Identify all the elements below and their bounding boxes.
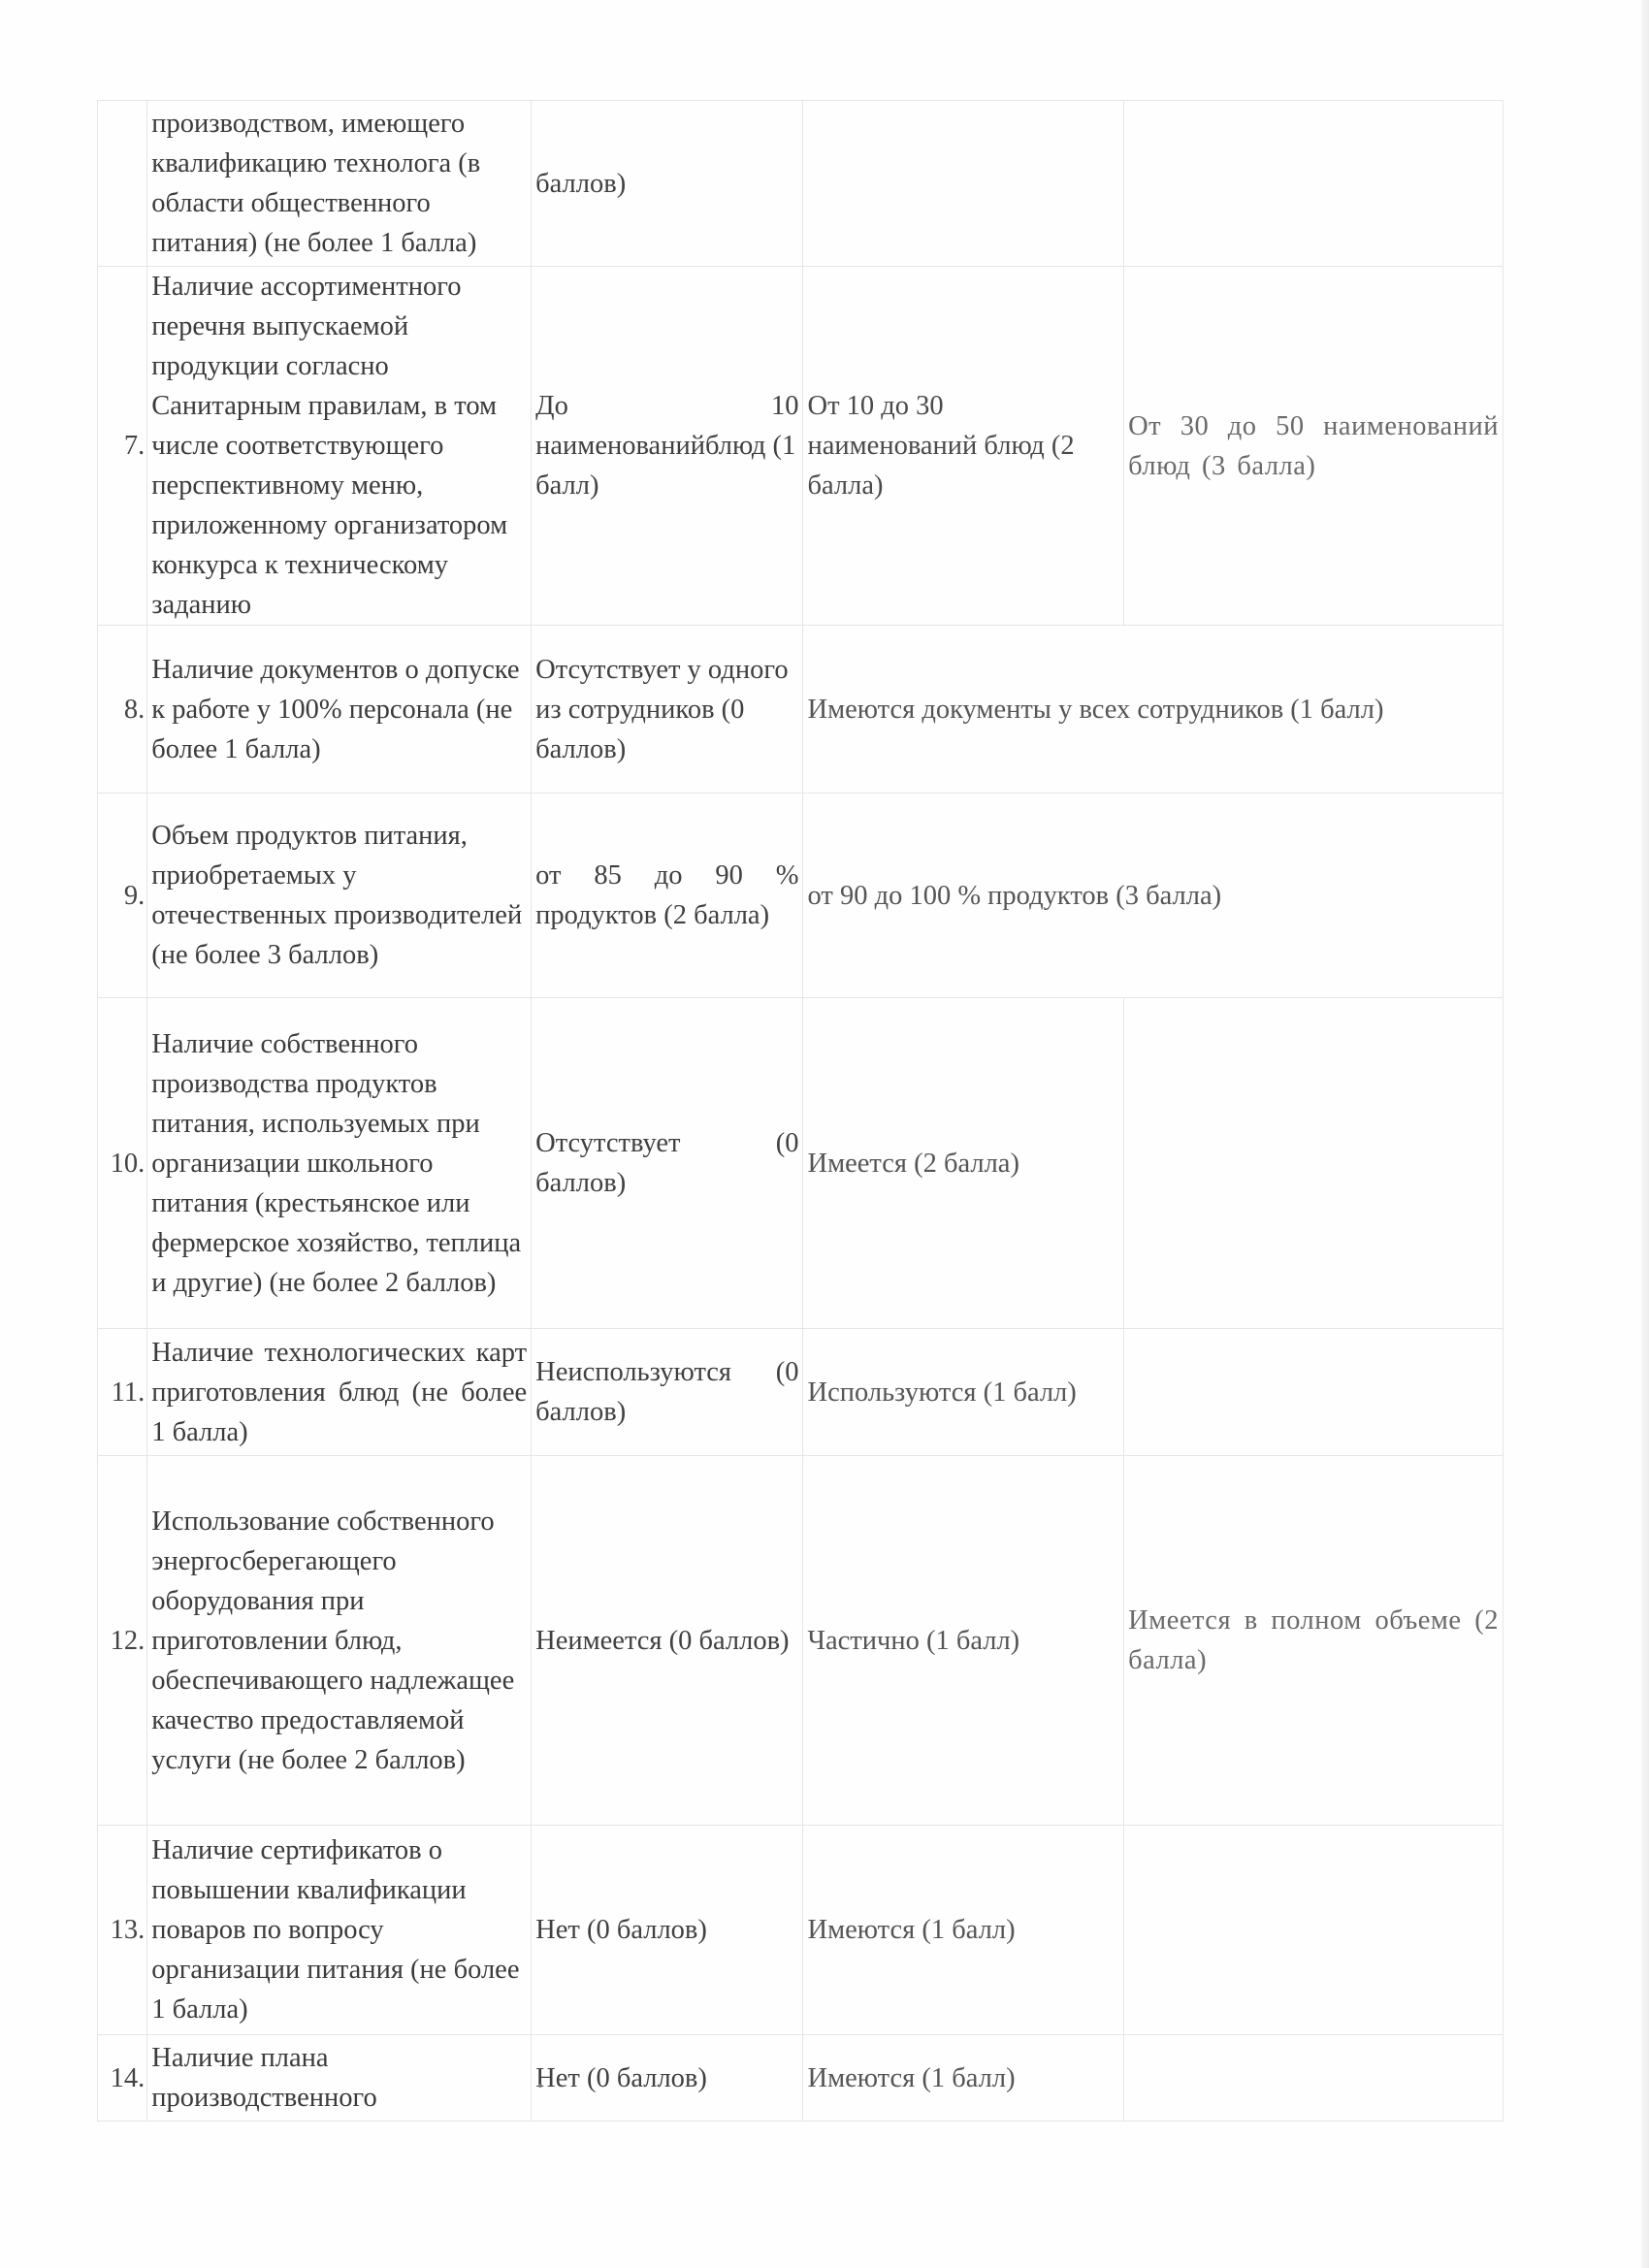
row-number: 9. bbox=[98, 794, 147, 998]
option-1-text-left: Неиспользуются bbox=[535, 1352, 731, 1392]
option-1-cell: Нет (0 баллов) bbox=[532, 2035, 803, 2122]
option-1-cell: Нет (0 баллов) bbox=[532, 1826, 803, 2035]
option-2-cell: От 10 до 30 наименований блюд (2 балла) bbox=[803, 267, 1124, 626]
option-1-cell: от 85 до 90 % продуктов (2 балла) bbox=[532, 794, 803, 998]
row-number: 12. bbox=[98, 1456, 147, 1826]
option-1-cell: До 10 наименованийблюд (1 балл) bbox=[532, 267, 803, 626]
option-3-cell: От 30 до 50 наименований блюд (3 балла) bbox=[1124, 267, 1503, 626]
option-2-cell: Имеются (1 балл) bbox=[803, 2035, 1124, 2122]
criterion-cell: Использование собственного энергосберега… bbox=[147, 1456, 532, 1826]
table-row: 9. Объем продуктов питания, приобретаемы… bbox=[98, 794, 1503, 998]
scanned-page: производством, имеющего квалификацию тех… bbox=[0, 0, 1649, 2268]
option-3-cell bbox=[1124, 101, 1503, 267]
option-2-cell: Имеется (2 балла) bbox=[803, 998, 1124, 1329]
option-1-text-rest: баллов) bbox=[535, 1392, 798, 1432]
option-1-cell: Неимеется (0 баллов) bbox=[532, 1456, 803, 1826]
scan-artifact-dot bbox=[538, 2084, 542, 2088]
table-row: 11. Наличие технологических карт пригото… bbox=[98, 1329, 1503, 1456]
row-number: 13. bbox=[98, 1826, 147, 2035]
table-row: 14. Наличие плана производственного Нет … bbox=[98, 2035, 1503, 2122]
row-number: 11. bbox=[98, 1329, 147, 1456]
option-1-text-right: 10 bbox=[771, 386, 799, 426]
table-row: 12. Использование собственного энергосбе… bbox=[98, 1456, 1503, 1826]
criterion-cell: производством, имеющего квалификацию тех… bbox=[147, 101, 532, 267]
option-3-text: От 30 до 50 наименований блюд (3 балла) bbox=[1128, 406, 1499, 486]
criterion-cell: Наличие документов о допуске к работе у … bbox=[147, 626, 532, 794]
row-number bbox=[98, 101, 147, 267]
criterion-cell: Наличие технологических карт приготовлен… bbox=[147, 1329, 532, 1456]
row-number: 8. bbox=[98, 626, 147, 794]
row-number: 10. bbox=[98, 998, 147, 1329]
option-3-cell bbox=[1124, 2035, 1503, 2122]
option-3-cell bbox=[1124, 998, 1503, 1329]
table-row: производством, имеющего квалификацию тех… bbox=[98, 101, 1503, 267]
criterion-cell: Наличие плана производственного bbox=[147, 2035, 532, 2122]
option-1-cell: Отсутствует у одного из сотрудников (0 б… bbox=[532, 626, 803, 794]
row-number: 14. bbox=[98, 2035, 147, 2122]
option-1-text-right: (0 bbox=[776, 1123, 799, 1163]
option-3-cell bbox=[1124, 1826, 1503, 2035]
option-1-first-line: Неиспользуются (0 bbox=[535, 1352, 798, 1392]
option-1-text-left: Отсутствует bbox=[535, 1123, 680, 1163]
page-edge-shadow bbox=[1641, 0, 1649, 2268]
row-number: 7. bbox=[98, 267, 147, 626]
criterion-cell: Объем продуктов питания, приобретаемых у… bbox=[147, 794, 532, 998]
option-2-cell: Частично (1 балл) bbox=[803, 1456, 1124, 1826]
option-2-cell: Имеются (1 балл) bbox=[803, 1826, 1124, 2035]
option-1-text-rest: наименованийблюд (1 балл) bbox=[535, 426, 798, 505]
option-1-cell: Отсутствует (0 баллов) bbox=[532, 998, 803, 1329]
option-1-text: от 85 до 90 % продуктов (2 балла) bbox=[535, 856, 798, 935]
table-row: 8. Наличие документов о допуске к работе… bbox=[98, 626, 1503, 794]
criterion-cell: Наличие собственного производства продук… bbox=[147, 998, 532, 1329]
option-3-text: Имеется в полном объеме (2 балла) bbox=[1128, 1601, 1499, 1680]
option-3-cell bbox=[1124, 1329, 1503, 1456]
option-2-cell bbox=[803, 101, 1124, 267]
criteria-table: производством, имеющего квалификацию тех… bbox=[97, 100, 1503, 2122]
criterion-text: Наличие технологических карт приготовлен… bbox=[151, 1333, 527, 1452]
table-row: 10. Наличие собственного производства пр… bbox=[98, 998, 1503, 1329]
table-row: 13. Наличие сертификатов о повышении ква… bbox=[98, 1826, 1503, 2035]
option-1-cell: баллов) bbox=[532, 101, 803, 267]
option-1-text-left: До bbox=[535, 386, 568, 426]
option-2-cell: Имеются документы у всех сотрудников (1 … bbox=[803, 626, 1503, 794]
option-2-cell: Используются (1 балл) bbox=[803, 1329, 1124, 1456]
option-1-text-rest: баллов) bbox=[535, 1163, 798, 1203]
option-2-cell: от 90 до 100 % продуктов (3 балла) bbox=[803, 794, 1503, 998]
table-row: 7. Наличие ассортиментного перечня выпус… bbox=[98, 267, 1503, 626]
option-3-cell: Имеется в полном объеме (2 балла) bbox=[1124, 1456, 1503, 1826]
option-1-text-right: (0 bbox=[776, 1352, 799, 1392]
criterion-cell: Наличие сертификатов о повышении квалифи… bbox=[147, 1826, 532, 2035]
option-1-first-line: Отсутствует (0 bbox=[535, 1123, 798, 1163]
option-1-first-line: До 10 bbox=[535, 386, 798, 426]
option-1-cell: Неиспользуются (0 баллов) bbox=[532, 1329, 803, 1456]
criterion-cell: Наличие ассортиментного перечня выпускае… bbox=[147, 267, 532, 626]
